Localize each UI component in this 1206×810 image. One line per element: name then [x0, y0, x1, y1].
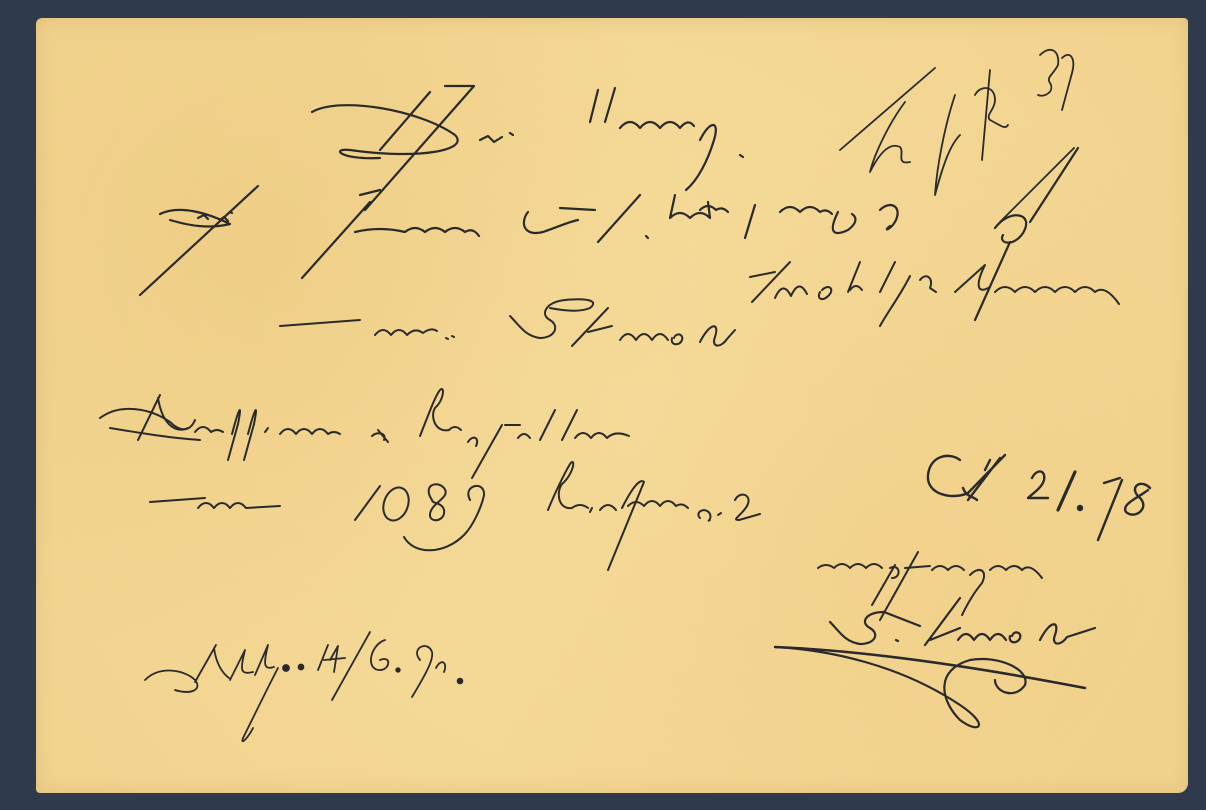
- date-stroke: [145, 632, 462, 741]
- sender-line: von G. Arnold: [280, 310, 474, 343]
- body-line-2: von 1089 Briefen à 2: [150, 490, 447, 523]
- corner-number: 39: [1040, 55, 1076, 88]
- corner-annotation: Erledigt: [870, 120, 985, 153]
- handwriting-ink: [0, 0, 1206, 810]
- body-line-1: Adressiren & bestellen: [100, 410, 426, 443]
- received-line: empfangen: [818, 555, 977, 588]
- signature-text: G. Arnold: [830, 610, 965, 643]
- recipient-line: für Herrn H. Würtzburg: [150, 205, 490, 238]
- honorific-line: Wohlgeboren: [750, 265, 938, 298]
- heading-text: Quittung.: [310, 105, 445, 138]
- amount-text: M 21.78: [930, 470, 1048, 503]
- date-text: Abbg. 14/6.90.: [145, 650, 353, 683]
